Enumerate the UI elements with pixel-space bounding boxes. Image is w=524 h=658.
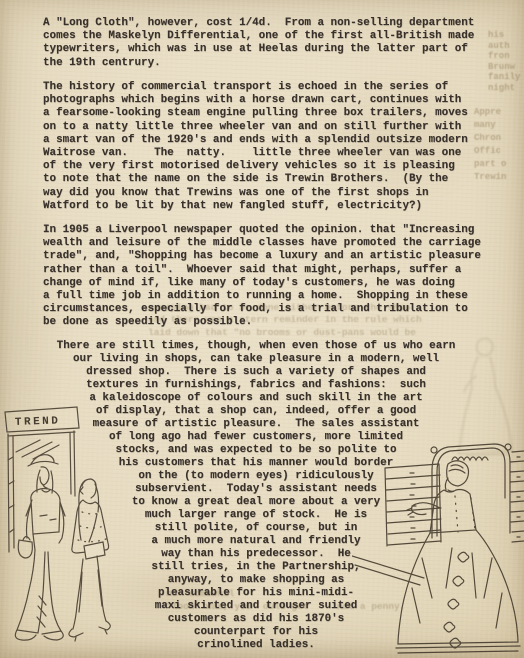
shop-sign-text: TREND [15,415,61,429]
bleed-through-fragment: his auth fron Brunw fanily night [488,30,520,93]
paragraph-long-cloth: A "Long Cloth", however, cost 1/4d. From… [43,17,474,70]
bleed-through-fragment: Appre many Chron Offic part o Trewin [474,106,506,184]
paragraph-1905-liverpool: In 1905 a Liverpool newspaper quoted the… [43,224,481,330]
paragraph-commercial-transport: The history of commercial transport is e… [43,81,468,213]
scanned-page: his auth fron Brunw fanily night Appre m… [0,0,524,658]
illustration-crinoline-lady [352,438,524,658]
illustration-1970s-couple: TREND [2,400,137,658]
